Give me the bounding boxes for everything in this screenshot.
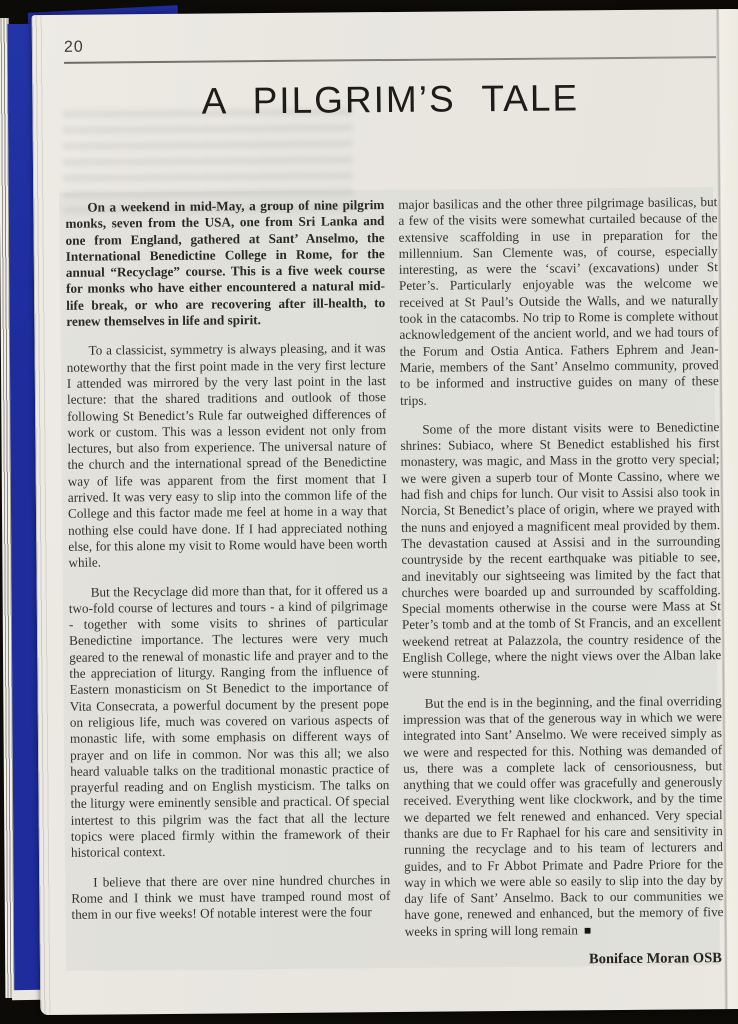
byline: Boniface Moran OSB <box>405 950 722 970</box>
right-column: major basilicas and the other three pilg… <box>398 194 724 970</box>
page-number: 20 <box>64 33 716 57</box>
book-scan: 20 A PILGRIM’S TALE On a weekend in mid-… <box>0 0 738 1024</box>
paragraph-lead: On a weekend in mid-May, a group of nine… <box>65 197 385 330</box>
paragraph-text: But the end is in the beginning, and the… <box>403 693 724 939</box>
left-column: On a weekend in mid-May, a group of nine… <box>65 197 391 973</box>
article-body: On a weekend in mid-May, a group of nine… <box>65 194 724 973</box>
page-content: 20 A PILGRIM’S TALE On a weekend in mid-… <box>32 9 738 1015</box>
paragraph: But the Recyclage did more than that, fo… <box>69 582 390 862</box>
paragraph: I believe that there are over nine hundr… <box>71 872 390 924</box>
header-rule <box>64 56 716 64</box>
paragraph-final: But the end is in the beginning, and the… <box>403 693 724 940</box>
paragraph-continuation: major basilicas and the other three pilg… <box>398 194 719 409</box>
article-title: A PILGRIM’S TALE <box>64 76 716 124</box>
magazine-page: 20 A PILGRIM’S TALE On a weekend in mid-… <box>32 9 738 1015</box>
paragraph: Some of the more distant visits were to … <box>400 419 721 683</box>
page-edge-bottom <box>12 990 42 1001</box>
end-of-article-mark: ■ <box>584 923 591 937</box>
paragraph: To a classicist, symmetry is always plea… <box>67 340 388 571</box>
